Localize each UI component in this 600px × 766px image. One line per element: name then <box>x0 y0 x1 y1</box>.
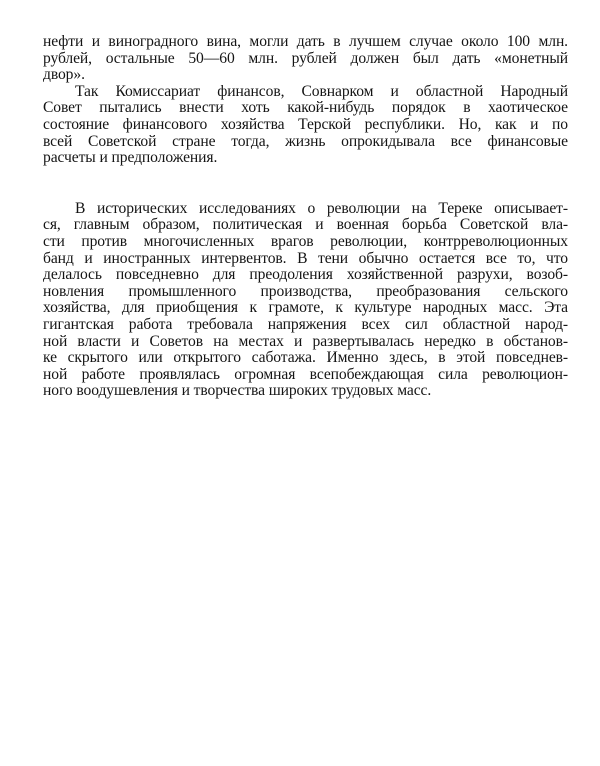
text-line: ного воодушевления и творчества широких … <box>43 383 568 400</box>
text-line: двор». <box>43 67 568 84</box>
text-line: новления промышленного производства, пре… <box>43 284 568 301</box>
text-line: В исторических исследованиях о революции… <box>43 201 568 218</box>
paragraph-3: В исторических исследованиях о революции… <box>43 201 568 400</box>
text-line: делалось повседневно для преодоления хоз… <box>43 267 568 284</box>
document-page: нефти и виноградного вина, могли дать в … <box>43 34 568 400</box>
text-line: ной власти и Советов на местах и разверт… <box>43 334 568 351</box>
section-break <box>43 167 568 201</box>
text-line: банд и иностранных интервентов. В тени о… <box>43 251 568 268</box>
text-line: Совет пытались внести хоть какой-нибудь … <box>43 100 568 117</box>
text-line: сти против многочисленных врагов революц… <box>43 234 568 251</box>
text-line: рублей, остальные 50—60 млн. рублей долж… <box>43 51 568 68</box>
text-line: гигантская работа требовала напряжения в… <box>43 317 568 334</box>
text-line: состояние финансового хозяйства Терской … <box>43 117 568 134</box>
text-line: хозяйства, для приобщения к грамоте, к к… <box>43 300 568 317</box>
text-line: нефти и виноградного вина, могли дать в … <box>43 34 568 51</box>
paragraph-1: нефти и виноградного вина, могли дать в … <box>43 34 568 84</box>
paragraph-2: Так Комиссариат финансов, Совнарком и об… <box>43 84 568 167</box>
text-line: ной работе проявлялась огромная всепобеж… <box>43 367 568 384</box>
text-line: ке скрытого или открытого саботажа. Имен… <box>43 350 568 367</box>
text-line: расчеты и предположения. <box>43 150 568 167</box>
text-line: ся, главным образом, политическая и воен… <box>43 217 568 234</box>
text-line: всей Советской стране тогда, жизнь опрок… <box>43 134 568 151</box>
text-line: Так Комиссариат финансов, Совнарком и об… <box>43 84 568 101</box>
